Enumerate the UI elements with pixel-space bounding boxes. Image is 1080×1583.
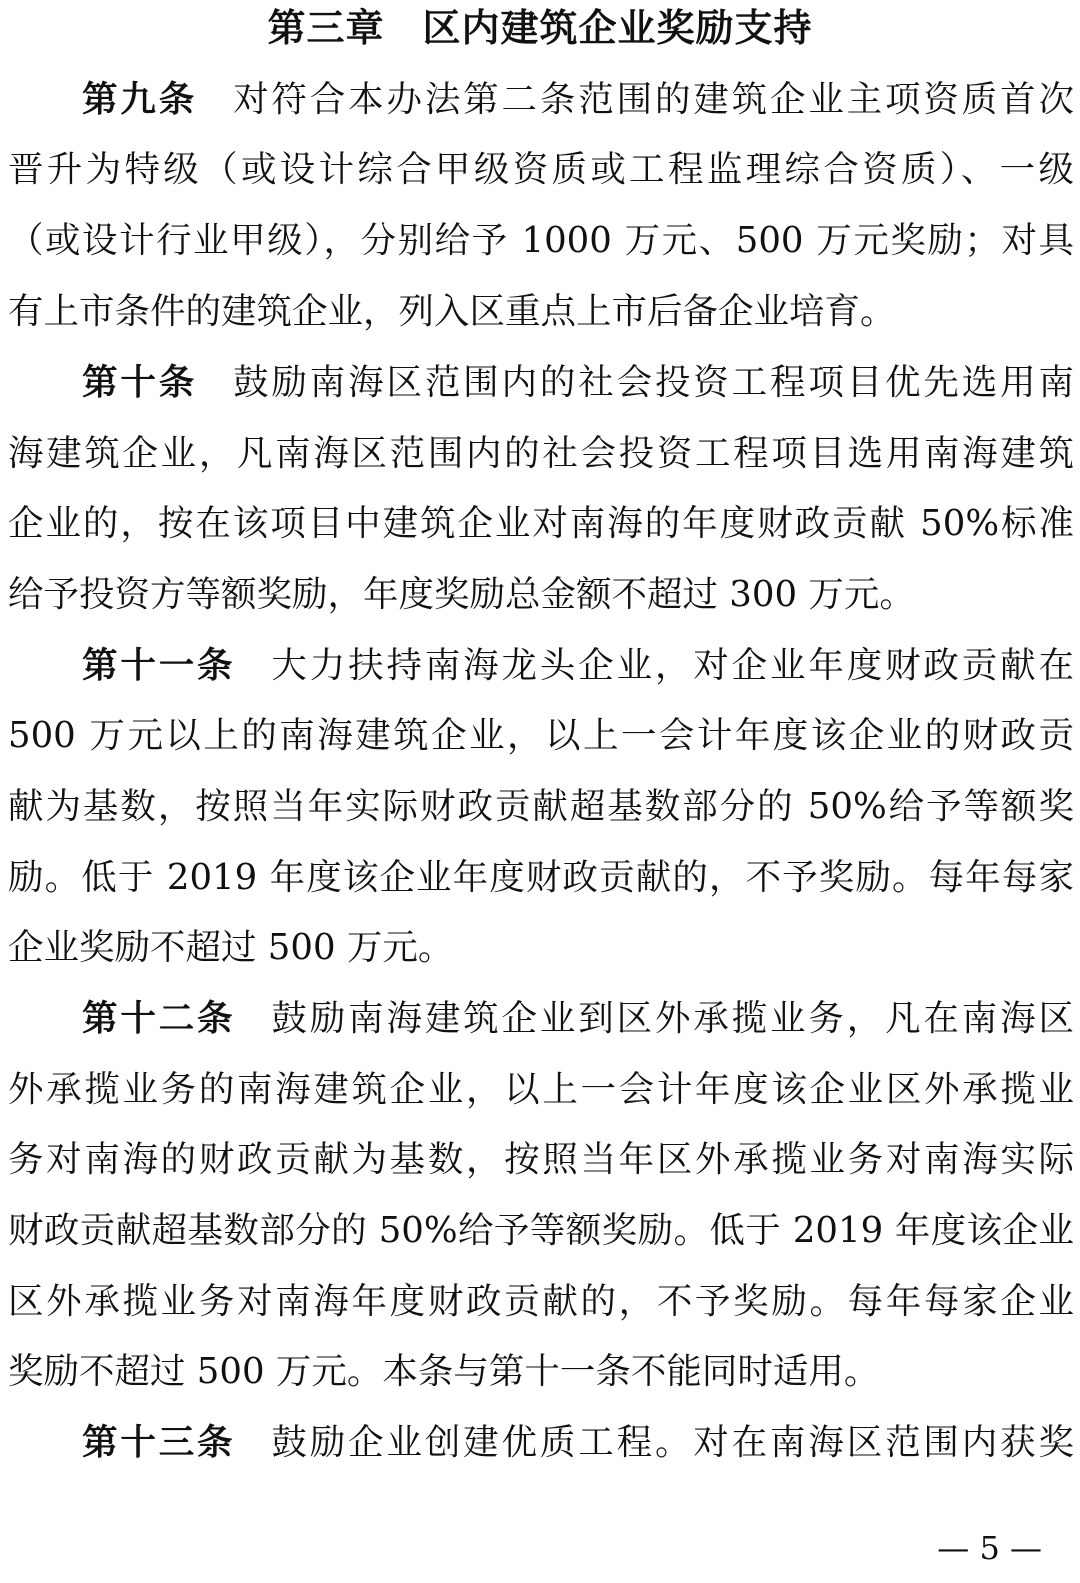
article-9-line-1: 第九条对符合本办法第二条范围的建筑企业主项资质首次: [82, 70, 1074, 130]
chapter-number: 第三章: [267, 6, 384, 50]
article-11-line-1: 第十一条大力扶持南海龙头企业，对企业年度财政贡献在: [82, 636, 1074, 696]
article-10-line-1: 第十条鼓励南海区范围内的社会投资工程项目优先选用南: [82, 353, 1074, 413]
article-12-line-3: 务对南海的财政贡献为基数，按照当年区外承揽业务对南海实际: [8, 1130, 1074, 1190]
article-9-line-4: 有上市条件的建筑企业，列入区重点上市后备企业培育。: [8, 282, 1074, 342]
article-13-line-1: 第十三条鼓励企业创建优质工程。对在南海区范围内获奖: [82, 1413, 1074, 1473]
article-11-line-3: 献为基数，按照当年实际财政贡献超基数部分的 50%给予等额奖: [8, 777, 1074, 837]
article-label: 第十三条: [82, 1422, 235, 1463]
article-10-line-2: 海建筑企业，凡南海区范围内的社会投资工程项目选用南海建筑: [8, 424, 1074, 484]
article-11-line-5: 企业奖励不超过 500 万元。: [8, 918, 1074, 978]
article-12-line-1: 第十二条鼓励南海建筑企业到区外承揽业务，凡在南海区: [82, 989, 1074, 1049]
article-11-line-4: 励。低于 2019 年度该企业年度财政贡献的，不予奖励。每年每家: [8, 848, 1074, 908]
article-10-line-3: 企业的，按在该项目中建筑企业对南海的年度财政贡献 50%标准: [8, 494, 1074, 554]
chapter-title: 区内建筑企业奖励支持: [423, 6, 813, 50]
article-12-line-5: 区外承揽业务对南海年度财政贡献的，不予奖励。每年每家企业: [8, 1272, 1074, 1332]
article-label: 第十条: [82, 362, 197, 403]
chapter-heading: 第三章区内建筑企业奖励支持: [0, 4, 1080, 52]
article-9-line-3: （或设计行业甲级），分别给予 1000 万元、500 万元奖励；对具: [8, 211, 1074, 271]
article-label: 第十二条: [82, 998, 235, 1039]
article-9-line-2: 晋升为特级（或设计综合甲级资质或工程监理综合资质）、一级: [8, 140, 1074, 200]
article-12-line-4: 财政贡献超基数部分的 50%给予等额奖励。低于 2019 年度该企业: [8, 1201, 1074, 1261]
article-10-line-4: 给予投资方等额奖励，年度奖励总金额不超过 300 万元。: [8, 565, 1074, 625]
article-label: 第九条: [82, 79, 197, 120]
article-12-line-6: 奖励不超过 500 万元。本条与第十一条不能同时适用。: [8, 1342, 1074, 1402]
page-number: — 5 —: [937, 1528, 1042, 1568]
article-12-line-2: 外承揽业务的南海建筑企业，以上一会计年度该企业区外承揽业: [8, 1060, 1074, 1120]
article-11-line-2: 500 万元以上的南海建筑企业，以上一会计年度该企业的财政贡: [8, 706, 1074, 766]
article-label: 第十一条: [82, 645, 235, 686]
